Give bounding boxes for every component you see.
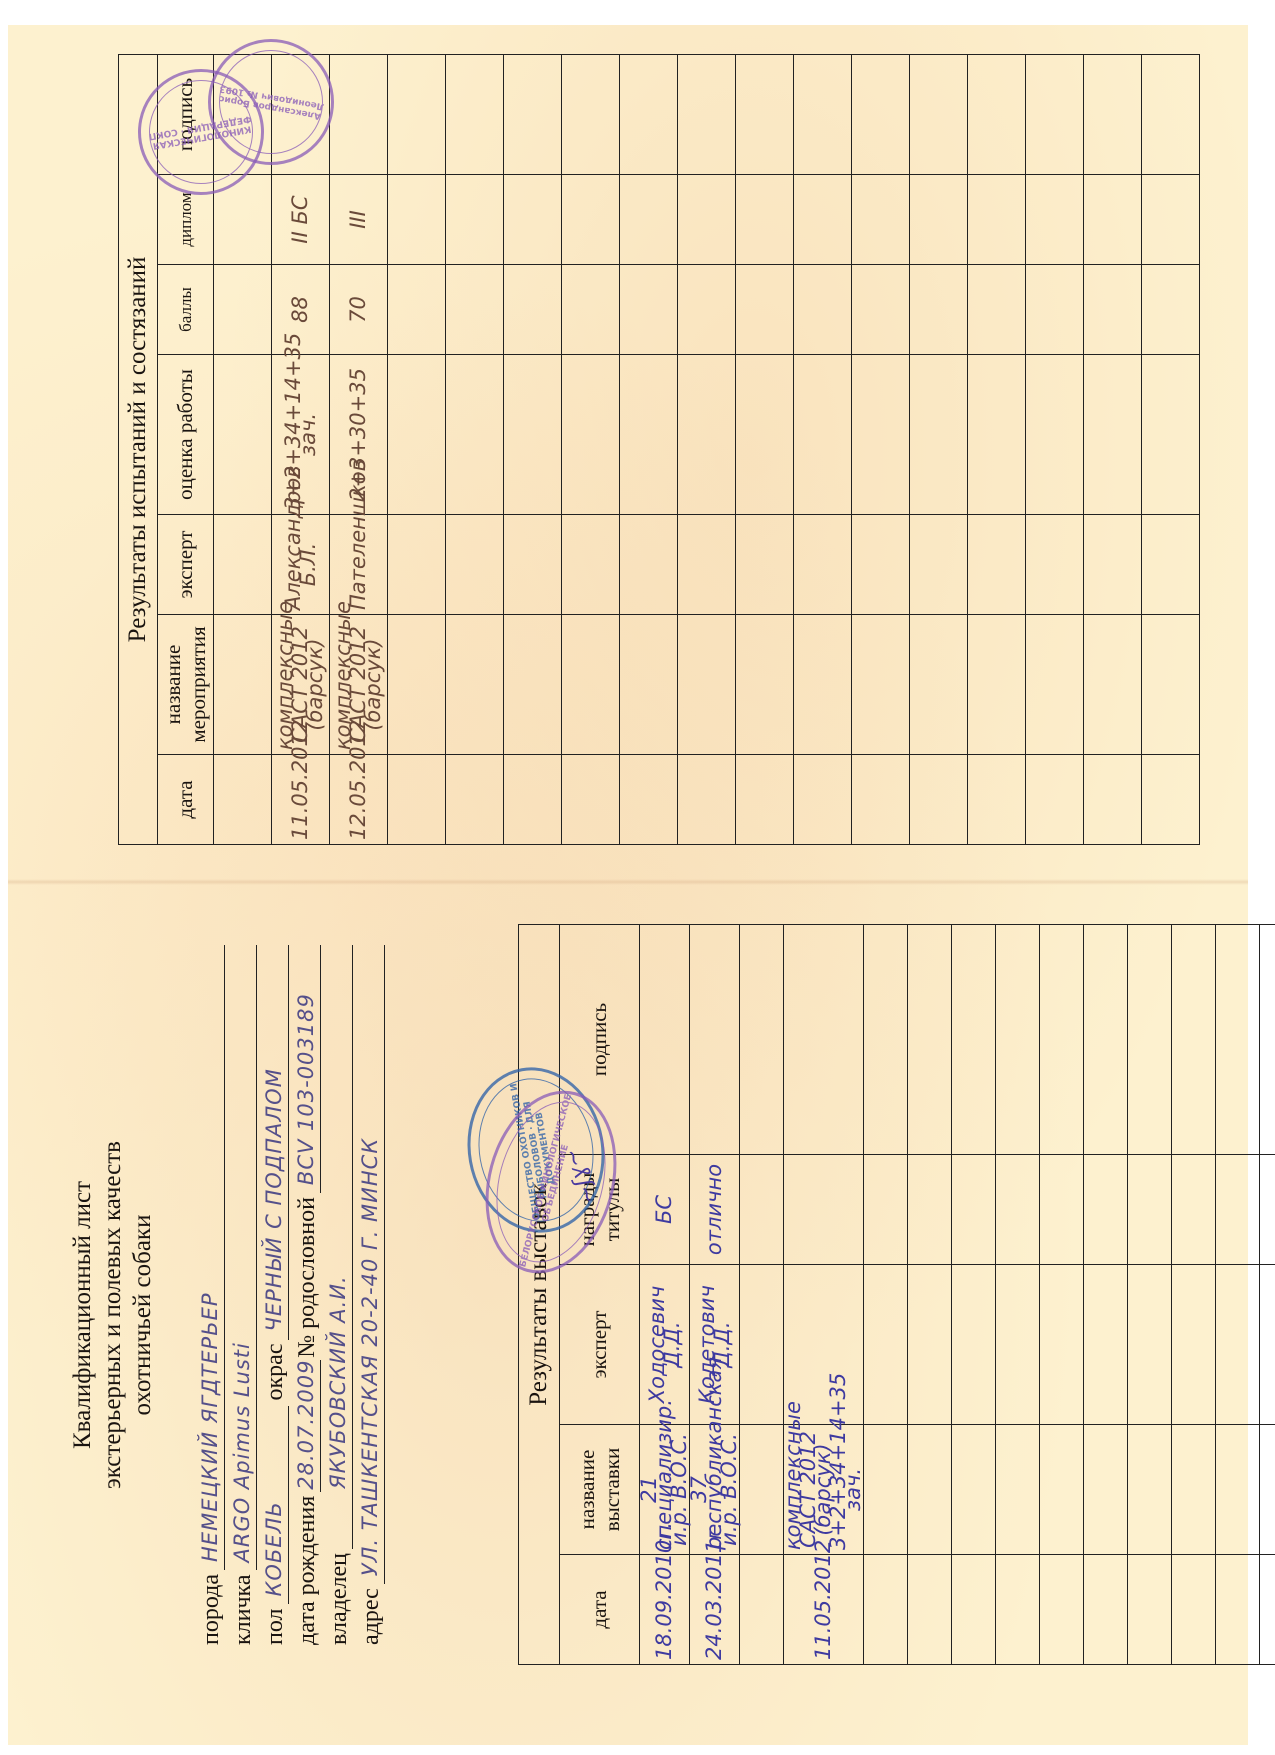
- cell-expert: [908, 1265, 952, 1425]
- right-page: Результаты испытаний и состязаний дата н…: [118, 45, 1238, 845]
- cell-diploma: [968, 175, 1026, 265]
- cell-points: [446, 265, 504, 355]
- cell-name: [1084, 1425, 1128, 1555]
- table-row: 11.05.2012комплексные САСТ 2012 (барсук)…: [272, 54, 330, 844]
- page-fold: [8, 879, 1248, 885]
- cell-event: [852, 615, 910, 755]
- cell-date: [562, 755, 620, 845]
- cell-date: [678, 755, 736, 845]
- cell-evaluation: [1084, 355, 1142, 515]
- cell-date: [996, 1555, 1040, 1665]
- cell-expert: [620, 515, 678, 615]
- col-header: дата: [560, 1555, 640, 1665]
- cell-event: [1142, 615, 1200, 755]
- table-row: [1216, 924, 1260, 1664]
- cell-expert: Александров Б.Л.: [272, 515, 330, 615]
- cell-points: [562, 265, 620, 355]
- table-row: [388, 54, 446, 844]
- cell-diploma: [504, 175, 562, 265]
- cell-date: 11.05.2012: [784, 1555, 864, 1665]
- cell-awards: [952, 1155, 996, 1265]
- cell-date: 12.05.2012: [330, 755, 388, 845]
- cell-date: [794, 755, 852, 845]
- cell-signature: [1040, 924, 1084, 1154]
- table-row: [952, 924, 996, 1664]
- cell-signature: [272, 54, 330, 174]
- address-value: УЛ. ТАШКЕНТСКАЯ 20-2-40 Г. МИНСК: [356, 945, 385, 1584]
- cell-diploma: [910, 175, 968, 265]
- cell-expert: [1260, 1265, 1275, 1425]
- cell-diploma: [562, 175, 620, 265]
- cell-event: [620, 615, 678, 755]
- cell-signature: [678, 54, 736, 174]
- cell-signature: [1084, 924, 1128, 1154]
- field-birth-pedigree: дата рождения 28.07.2009 № родословной B…: [289, 945, 321, 1645]
- shows-title: Результаты выставок: [519, 924, 560, 1664]
- cell-points: [736, 265, 794, 355]
- cell-name: [996, 1425, 1040, 1555]
- cell-date: [736, 755, 794, 845]
- cell-name: [908, 1425, 952, 1555]
- cell-evaluation: [620, 355, 678, 515]
- cell-awards: [908, 1155, 952, 1265]
- cell-signature: [996, 924, 1040, 1154]
- cell-name: комплексные САСТ 2012 (барсук) 3+2+34+14…: [784, 1425, 864, 1555]
- cell-evaluation: [852, 355, 910, 515]
- cell-name: [1128, 1425, 1172, 1555]
- cell-date: [504, 755, 562, 845]
- pedigree-value: BCV 103-003189: [292, 945, 321, 1193]
- shows-section: Результаты выставок дата название выстав…: [518, 925, 1275, 1665]
- field-label: № родословной: [294, 1193, 321, 1360]
- cell-signature: [1216, 924, 1260, 1154]
- shows-table: Результаты выставок дата название выстав…: [518, 924, 1275, 1665]
- cell-expert: [388, 515, 446, 615]
- cell-event: [794, 615, 852, 755]
- field-label: владелец: [326, 1549, 353, 1645]
- table-row: [1084, 54, 1142, 844]
- cell-expert: [1040, 1265, 1084, 1425]
- table-row: [1084, 924, 1128, 1664]
- cell-expert: [736, 515, 794, 615]
- cell-diploma: [214, 175, 272, 265]
- cell-name: [1040, 1425, 1084, 1555]
- field-name: кличка АRGO Apimus Lusti: [225, 945, 257, 1645]
- cell-expert: [910, 515, 968, 615]
- table-row: [1026, 54, 1084, 844]
- cell-points: [388, 265, 446, 355]
- table-row: 11.05.2012комплексные САСТ 2012 (барсук)…: [784, 924, 864, 1664]
- cell-awards: [864, 1155, 908, 1265]
- cell-date: 24.03.2011г.: [690, 1555, 740, 1665]
- cell-awards: отлично: [690, 1155, 740, 1265]
- cell-signature: [1026, 54, 1084, 174]
- table-row: [1142, 54, 1200, 844]
- cell-name: [952, 1425, 996, 1555]
- cell-expert: [1084, 1265, 1128, 1425]
- cell-evaluation: [446, 355, 504, 515]
- breed-value: НЕМЕЦКИЙ ЯГДТЕРЬЕР: [196, 945, 225, 1570]
- cell-signature: [1260, 924, 1275, 1154]
- cell-points: 70: [330, 265, 388, 355]
- cell-signature: [504, 54, 562, 174]
- cell-points: [1142, 265, 1200, 355]
- cell-evaluation: [504, 355, 562, 515]
- table-row: [908, 924, 952, 1664]
- cell-name: [1172, 1425, 1216, 1555]
- table-row: [736, 54, 794, 844]
- cell-date: [388, 755, 446, 845]
- cell-points: [794, 265, 852, 355]
- shows-body: 18.09.2010г.21 специализир. и.р. В.О.С.Х…: [640, 924, 1275, 1664]
- cell-event: комплексные САСТ 2012 (барсук): [272, 615, 330, 755]
- col-header: подпись: [158, 54, 214, 174]
- cell-date: [1026, 755, 1084, 845]
- cell-date: [952, 1555, 996, 1665]
- cell-expert: [214, 515, 272, 615]
- table-row: [446, 54, 504, 844]
- cell-expert: [504, 515, 562, 615]
- cell-evaluation: [678, 355, 736, 515]
- trials-table: Результаты испытаний и состязаний дата н…: [118, 54, 1200, 845]
- cell-expert: [852, 515, 910, 615]
- cell-expert: Ходосевич Д.Д.: [640, 1265, 690, 1425]
- birth-date-value: 28.07.2009: [292, 1360, 321, 1492]
- cell-date: [910, 755, 968, 845]
- scanned-sheet: Квалификационный лист экстерьерных и пол…: [8, 25, 1248, 1745]
- cell-date: [908, 1555, 952, 1665]
- cell-event: [968, 615, 1026, 755]
- table-row: [740, 924, 784, 1664]
- cell-points: [1026, 265, 1084, 355]
- table-row: 12.05.2012комплексные САСТ 2012 (барсук)…: [330, 54, 388, 844]
- field-address: адрес УЛ. ТАШКЕНТСКАЯ 20-2-40 Г. МИНСК: [353, 945, 385, 1645]
- cell-diploma: [852, 175, 910, 265]
- cell-signature: [852, 54, 910, 174]
- cell-event: [388, 615, 446, 755]
- cell-event: [1084, 615, 1142, 755]
- cell-date: [446, 755, 504, 845]
- cell-diploma: [736, 175, 794, 265]
- table-row: [678, 54, 736, 844]
- cell-diploma: [1142, 175, 1200, 265]
- title-line: охотничьей собаки: [128, 905, 158, 1725]
- cell-signature: [736, 54, 794, 174]
- title-line: Квалификационный лист: [68, 905, 98, 1725]
- cell-date: [968, 755, 1026, 845]
- cell-date: [1084, 1555, 1128, 1665]
- cell-expert: [562, 515, 620, 615]
- col-header: диплом: [158, 175, 214, 265]
- cell-date: [1172, 1555, 1216, 1665]
- cell-date: [1260, 1555, 1275, 1665]
- cell-points: [910, 265, 968, 355]
- cell-date: [214, 755, 272, 845]
- cell-signature: [1128, 924, 1172, 1154]
- table-row: [1040, 924, 1084, 1664]
- cell-expert: [678, 515, 736, 615]
- cell-date: 18.09.2010г.: [640, 1555, 690, 1665]
- cell-awards: [1216, 1155, 1260, 1265]
- cell-awards: [1040, 1155, 1084, 1265]
- cell-awards: БС: [640, 1155, 690, 1265]
- sex-value: КОБЕЛЬ: [260, 1406, 289, 1604]
- table-row: [794, 54, 852, 844]
- cell-expert: Пателеншков: [330, 515, 388, 615]
- cell-event: [504, 615, 562, 755]
- cell-name: [740, 1425, 784, 1555]
- cell-evaluation: [968, 355, 1026, 515]
- cell-date: [740, 1555, 784, 1665]
- col-header: дата: [158, 755, 214, 845]
- table-row: [1260, 924, 1275, 1664]
- cell-signature: [330, 54, 388, 174]
- cell-signature: [1142, 54, 1200, 174]
- cell-name: 21 специализир. и.р. В.О.С.: [640, 1425, 690, 1555]
- cell-diploma: [446, 175, 504, 265]
- table-row: [852, 54, 910, 844]
- left-page: Квалификационный лист экстерьерных и пол…: [48, 905, 1228, 1725]
- cell-name: [1260, 1425, 1275, 1555]
- cell-diploma: [1084, 175, 1142, 265]
- field-owner: владелец ЯКУБОВСКИЙ А.И.: [321, 945, 353, 1645]
- cell-name: [1216, 1425, 1260, 1555]
- col-header: оценка работы: [158, 355, 214, 515]
- cell-date: 11.05.2012: [272, 755, 330, 845]
- cell-evaluation: [794, 355, 852, 515]
- cell-signature: [864, 924, 908, 1154]
- col-header: подпись: [560, 924, 640, 1154]
- cell-expert: [1172, 1265, 1216, 1425]
- cell-signature: [1084, 54, 1142, 174]
- cell-event: [678, 615, 736, 755]
- cell-date: [864, 1555, 908, 1665]
- cell-evaluation: [1026, 355, 1084, 515]
- cell-signature: [794, 54, 852, 174]
- dog-info-fields: порода НЕМЕЦКИЙ ЯГДТЕРЬЕР кличка АRGO Ap…: [193, 945, 385, 1645]
- cell-expert: Кодетович Д.Д.: [690, 1265, 740, 1425]
- name-value: АRGO Apimus Lusti: [228, 945, 257, 1571]
- cell-diploma: II БС: [272, 175, 330, 265]
- cell-expert: [968, 515, 1026, 615]
- table-row: 18.09.2010г.21 специализир. и.р. В.О.С.Х…: [640, 924, 690, 1664]
- cell-points: [504, 265, 562, 355]
- table-row: [996, 924, 1040, 1664]
- field-sex-color: пол КОБЕЛЬ окрас ЧЕРНЫЙ С ПОДПАЛОМ: [257, 945, 289, 1645]
- cell-expert: [794, 515, 852, 615]
- cell-signature: [446, 54, 504, 174]
- cell-points: [214, 265, 272, 355]
- table-row: [620, 54, 678, 844]
- cell-evaluation: [214, 355, 272, 515]
- cell-expert: [996, 1265, 1040, 1425]
- cell-evaluation: 2+3+30+35: [330, 355, 388, 515]
- cell-awards: [1260, 1155, 1275, 1265]
- col-header: название выставки: [560, 1425, 640, 1555]
- trials-body: 11.05.2012комплексные САСТ 2012 (барсук)…: [214, 54, 1200, 844]
- cell-date: [1142, 755, 1200, 845]
- table-row: [1128, 924, 1172, 1664]
- cell-expert: [446, 515, 504, 615]
- cell-event: [562, 615, 620, 755]
- cell-expert: [1142, 515, 1200, 615]
- cell-signature: [562, 54, 620, 174]
- field-breed: порода НЕМЕЦКИЙ ЯГДТЕРЬЕР: [193, 945, 225, 1645]
- table-row: [1172, 924, 1216, 1664]
- cell-awards: [784, 1155, 864, 1265]
- cell-expert: [952, 1265, 996, 1425]
- cell-diploma: [678, 175, 736, 265]
- col-header: эксперт: [158, 515, 214, 615]
- cell-points: [678, 265, 736, 355]
- cell-event: [214, 615, 272, 755]
- cell-signature: [968, 54, 1026, 174]
- cell-awards: [1172, 1155, 1216, 1265]
- cell-evaluation: [910, 355, 968, 515]
- cell-event: комплексные САСТ 2012 (барсук): [330, 615, 388, 755]
- cell-expert: [1216, 1265, 1260, 1425]
- cell-diploma: III: [330, 175, 388, 265]
- shows-header-row: дата название выставки эксперт награды т…: [560, 924, 640, 1664]
- field-label: окрас: [262, 1340, 289, 1407]
- trials-title: Результаты испытаний и состязаний: [119, 54, 158, 844]
- cell-evaluation: 3+2+34+14+35 зач.: [272, 355, 330, 515]
- cell-signature: [690, 924, 740, 1154]
- cell-diploma: [794, 175, 852, 265]
- cell-signature: [952, 924, 996, 1154]
- table-row: [968, 54, 1026, 844]
- table-row: [504, 54, 562, 844]
- cell-signature: [640, 924, 690, 1154]
- cell-expert: [1128, 1265, 1172, 1425]
- cell-signature: [784, 924, 864, 1154]
- col-header: баллы: [158, 265, 214, 355]
- cell-awards: [1084, 1155, 1128, 1265]
- cell-expert: [740, 1265, 784, 1425]
- table-row: [214, 54, 272, 844]
- col-header: название мероприятия: [158, 615, 214, 755]
- cell-event: [910, 615, 968, 755]
- cell-evaluation: [388, 355, 446, 515]
- cell-diploma: [388, 175, 446, 265]
- cell-diploma: [1026, 175, 1084, 265]
- owner-value: ЯКУБОВСКИЙ А.И.: [324, 945, 353, 1549]
- cell-expert: [864, 1265, 908, 1425]
- cell-awards: [740, 1155, 784, 1265]
- cell-points: [620, 265, 678, 355]
- cell-points: [1084, 265, 1142, 355]
- cell-expert: [1084, 515, 1142, 615]
- table-row: [864, 924, 908, 1664]
- cell-expert: [1026, 515, 1084, 615]
- cell-signature: [620, 54, 678, 174]
- cell-date: [852, 755, 910, 845]
- cell-signature: [214, 54, 272, 174]
- cell-date: [1084, 755, 1142, 845]
- title-line: экстерьерных и полевых качеств: [98, 905, 128, 1725]
- table-row: [910, 54, 968, 844]
- table-row: 24.03.2011г.37 республиканская и.р. В.О.…: [690, 924, 740, 1664]
- cell-awards: [996, 1155, 1040, 1265]
- cell-date: [1040, 1555, 1084, 1665]
- field-label: порода: [198, 1570, 225, 1645]
- cell-date: [1128, 1555, 1172, 1665]
- col-header: эксперт: [560, 1265, 640, 1425]
- cell-date: [620, 755, 678, 845]
- cell-event: [736, 615, 794, 755]
- cell-points: [852, 265, 910, 355]
- cell-event: [446, 615, 504, 755]
- cell-signature: [910, 54, 968, 174]
- field-label: кличка: [230, 1571, 257, 1646]
- cell-name: [864, 1425, 908, 1555]
- cell-date: [1216, 1555, 1260, 1665]
- field-label: пол: [262, 1604, 289, 1645]
- cell-diploma: [620, 175, 678, 265]
- cell-signature: [740, 924, 784, 1154]
- field-label: адрес: [358, 1584, 385, 1645]
- cell-signature: [908, 924, 952, 1154]
- field-label: дата рождения: [294, 1492, 321, 1645]
- cell-event: [1026, 615, 1084, 755]
- cell-evaluation: [1142, 355, 1200, 515]
- cell-awards: [1128, 1155, 1172, 1265]
- cell-evaluation: [562, 355, 620, 515]
- cell-signature: [1172, 924, 1216, 1154]
- document-title: Квалификационный лист экстерьерных и пол…: [68, 905, 158, 1725]
- trials-header-row: дата название мероприятия эксперт оценка…: [158, 54, 214, 844]
- color-value: ЧЕРНЫЙ С ПОДПАЛОМ: [260, 945, 289, 1340]
- table-row: [562, 54, 620, 844]
- cell-evaluation: [736, 355, 794, 515]
- cell-signature: [388, 54, 446, 174]
- cell-points: [968, 265, 1026, 355]
- cell-name: 37 республиканская и.р. В.О.С.: [690, 1425, 740, 1555]
